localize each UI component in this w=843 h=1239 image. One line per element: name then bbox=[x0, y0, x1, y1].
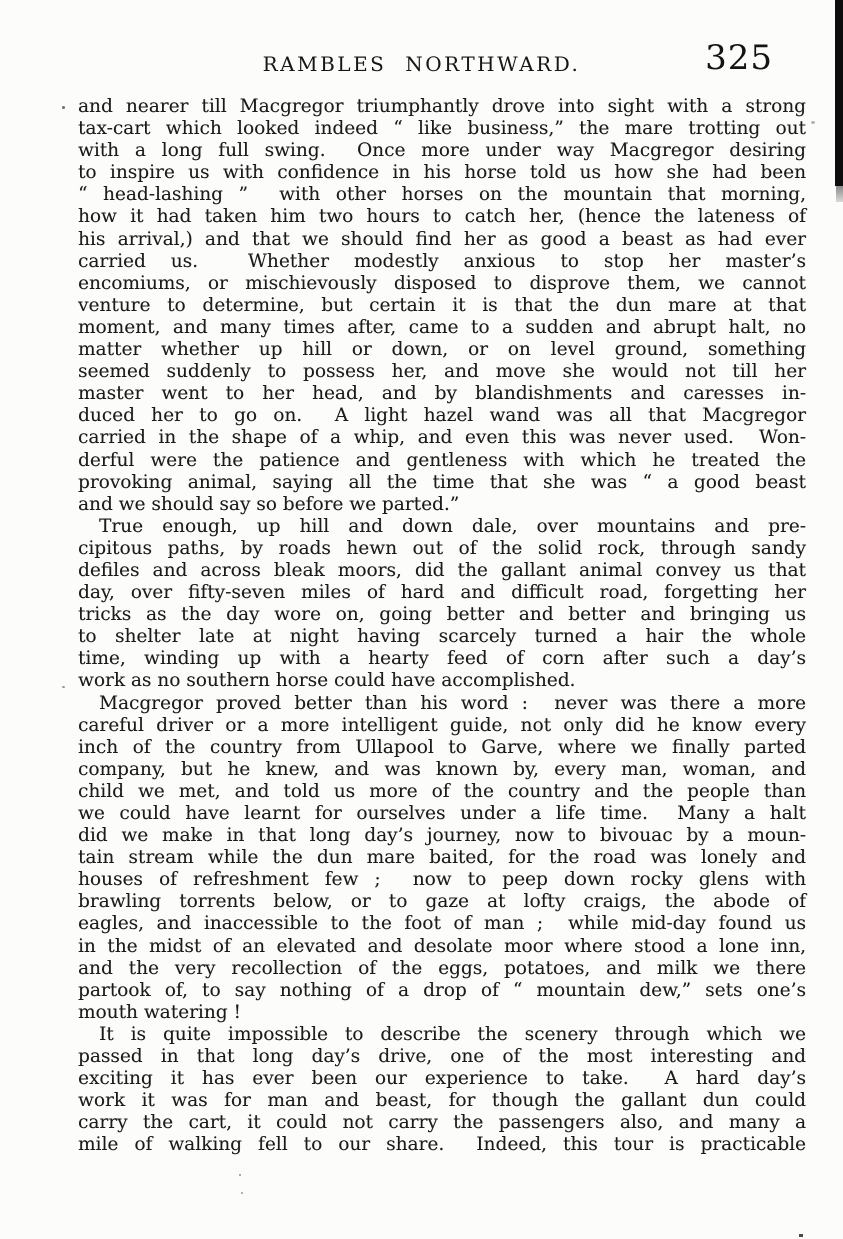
text-line: brawling torrents below, or to gaze at l… bbox=[78, 891, 806, 913]
text-line: provoking animal, saying all the time th… bbox=[78, 472, 806, 494]
text-line: carried in the shape of a whip, and even… bbox=[78, 427, 806, 449]
text-line: work it was for man and beast, for thoug… bbox=[78, 1090, 806, 1112]
text-line: tricks as the day wore on, going better … bbox=[78, 604, 806, 626]
text-line: True enough, up hill and down dale, over… bbox=[78, 516, 806, 538]
text-line: passed in that long day’s drive, one of … bbox=[78, 1046, 806, 1068]
scan-edge-artifact bbox=[835, 0, 843, 186]
running-header-title: RAMBLES NORTHWARD. bbox=[263, 54, 581, 74]
text-line: mouth watering ! bbox=[78, 1002, 806, 1024]
text-line: venture to determine, but certain it is … bbox=[78, 295, 806, 317]
scan-speckle bbox=[62, 686, 65, 688]
text-line: with a long full swing. Once more under … bbox=[78, 140, 806, 162]
text-line: careful driver or a more intelligent gui… bbox=[78, 715, 806, 737]
text-line: derful were the patience and gentleness … bbox=[78, 450, 806, 472]
text-line: exciting it has ever been our experience… bbox=[78, 1068, 806, 1090]
page-text: and nearer till Macgregor triumphantly d… bbox=[78, 96, 806, 1157]
text-line: It is quite impossible to describe the s… bbox=[78, 1024, 806, 1046]
text-line: time, winding up with a hearty feed of c… bbox=[78, 648, 806, 670]
text-line: and the very recollection of the eggs, p… bbox=[78, 958, 806, 980]
text-line: day, over fifty-seven miles of hard and … bbox=[78, 582, 806, 604]
text-line: child we met, and told us more of the co… bbox=[78, 781, 806, 803]
text-line: mile of walking fell to our share. Indee… bbox=[78, 1134, 806, 1156]
text-line: how it had taken him two hours to catch … bbox=[78, 206, 806, 228]
text-line: we could have learnt for ourselves under… bbox=[78, 803, 806, 825]
text-line: tax-cart which looked indeed “ like busi… bbox=[78, 118, 806, 140]
text-line: and nearer till Macgregor triumphantly d… bbox=[78, 96, 806, 118]
text-line: to shelter late at night having scarcely… bbox=[78, 626, 806, 648]
paragraph: Macgregor proved better than his word : … bbox=[78, 693, 806, 1024]
text-line: work as no southern horse could have acc… bbox=[78, 670, 806, 692]
paragraph: True enough, up hill and down dale, over… bbox=[78, 516, 806, 693]
book-page: RAMBLES NORTHWARD. 325 and nearer till M… bbox=[0, 0, 843, 1239]
text-line: carry the cart, it could not carry the p… bbox=[78, 1112, 806, 1134]
text-line: in the midst of an elevated and desolate… bbox=[78, 936, 806, 958]
text-line: did we make in that long day’s journey, … bbox=[78, 825, 806, 847]
text-line: inch of the country from Ullapool to Gar… bbox=[78, 737, 806, 759]
text-line: duced her to go on. A light hazel wand w… bbox=[78, 405, 806, 427]
text-line: eagles, and inaccessible to the foot of … bbox=[78, 913, 806, 935]
scan-speckle bbox=[799, 1234, 803, 1237]
text-line: Macgregor proved better than his word : … bbox=[78, 693, 806, 715]
text-line: master went to her head, and by blandish… bbox=[78, 383, 806, 405]
text-line: tain stream while the dun mare baited, f… bbox=[78, 847, 806, 869]
text-line: to inspire us with confidence in his hor… bbox=[78, 162, 806, 184]
scan-speckle bbox=[239, 1174, 241, 1176]
text-line: moment, and many times after, came to a … bbox=[78, 317, 806, 339]
scan-speckle bbox=[811, 121, 815, 124]
text-line: carried us. Whether modestly anxious to … bbox=[78, 251, 806, 273]
scan-speckle bbox=[62, 106, 65, 109]
paragraph: and nearer till Macgregor triumphantly d… bbox=[78, 96, 806, 516]
page-number: 325 bbox=[705, 41, 773, 75]
text-line: houses of refreshment few ; now to peep … bbox=[78, 869, 806, 891]
scan-speckle bbox=[241, 1192, 243, 1194]
text-line: and we should say so before we parted.” bbox=[78, 494, 806, 516]
text-line: his arrival,) and that we should find he… bbox=[78, 229, 806, 251]
text-line: partook of, to say nothing of a drop of … bbox=[78, 980, 806, 1002]
text-line: “ head-lashing ” with other horses on th… bbox=[78, 184, 806, 206]
text-line: matter whether up hill or down, or on le… bbox=[78, 339, 806, 361]
text-line: seemed suddenly to possess her, and move… bbox=[78, 361, 806, 383]
paragraph: It is quite impossible to describe the s… bbox=[78, 1024, 806, 1157]
text-line: defiles and across bleak moors, did the … bbox=[78, 560, 806, 582]
text-line: cipitous paths, by roads hewn out of the… bbox=[78, 538, 806, 560]
text-line: company, but he knew, and was known by, … bbox=[78, 759, 806, 781]
text-line: encomiums, or mischievously disposed to … bbox=[78, 273, 806, 295]
